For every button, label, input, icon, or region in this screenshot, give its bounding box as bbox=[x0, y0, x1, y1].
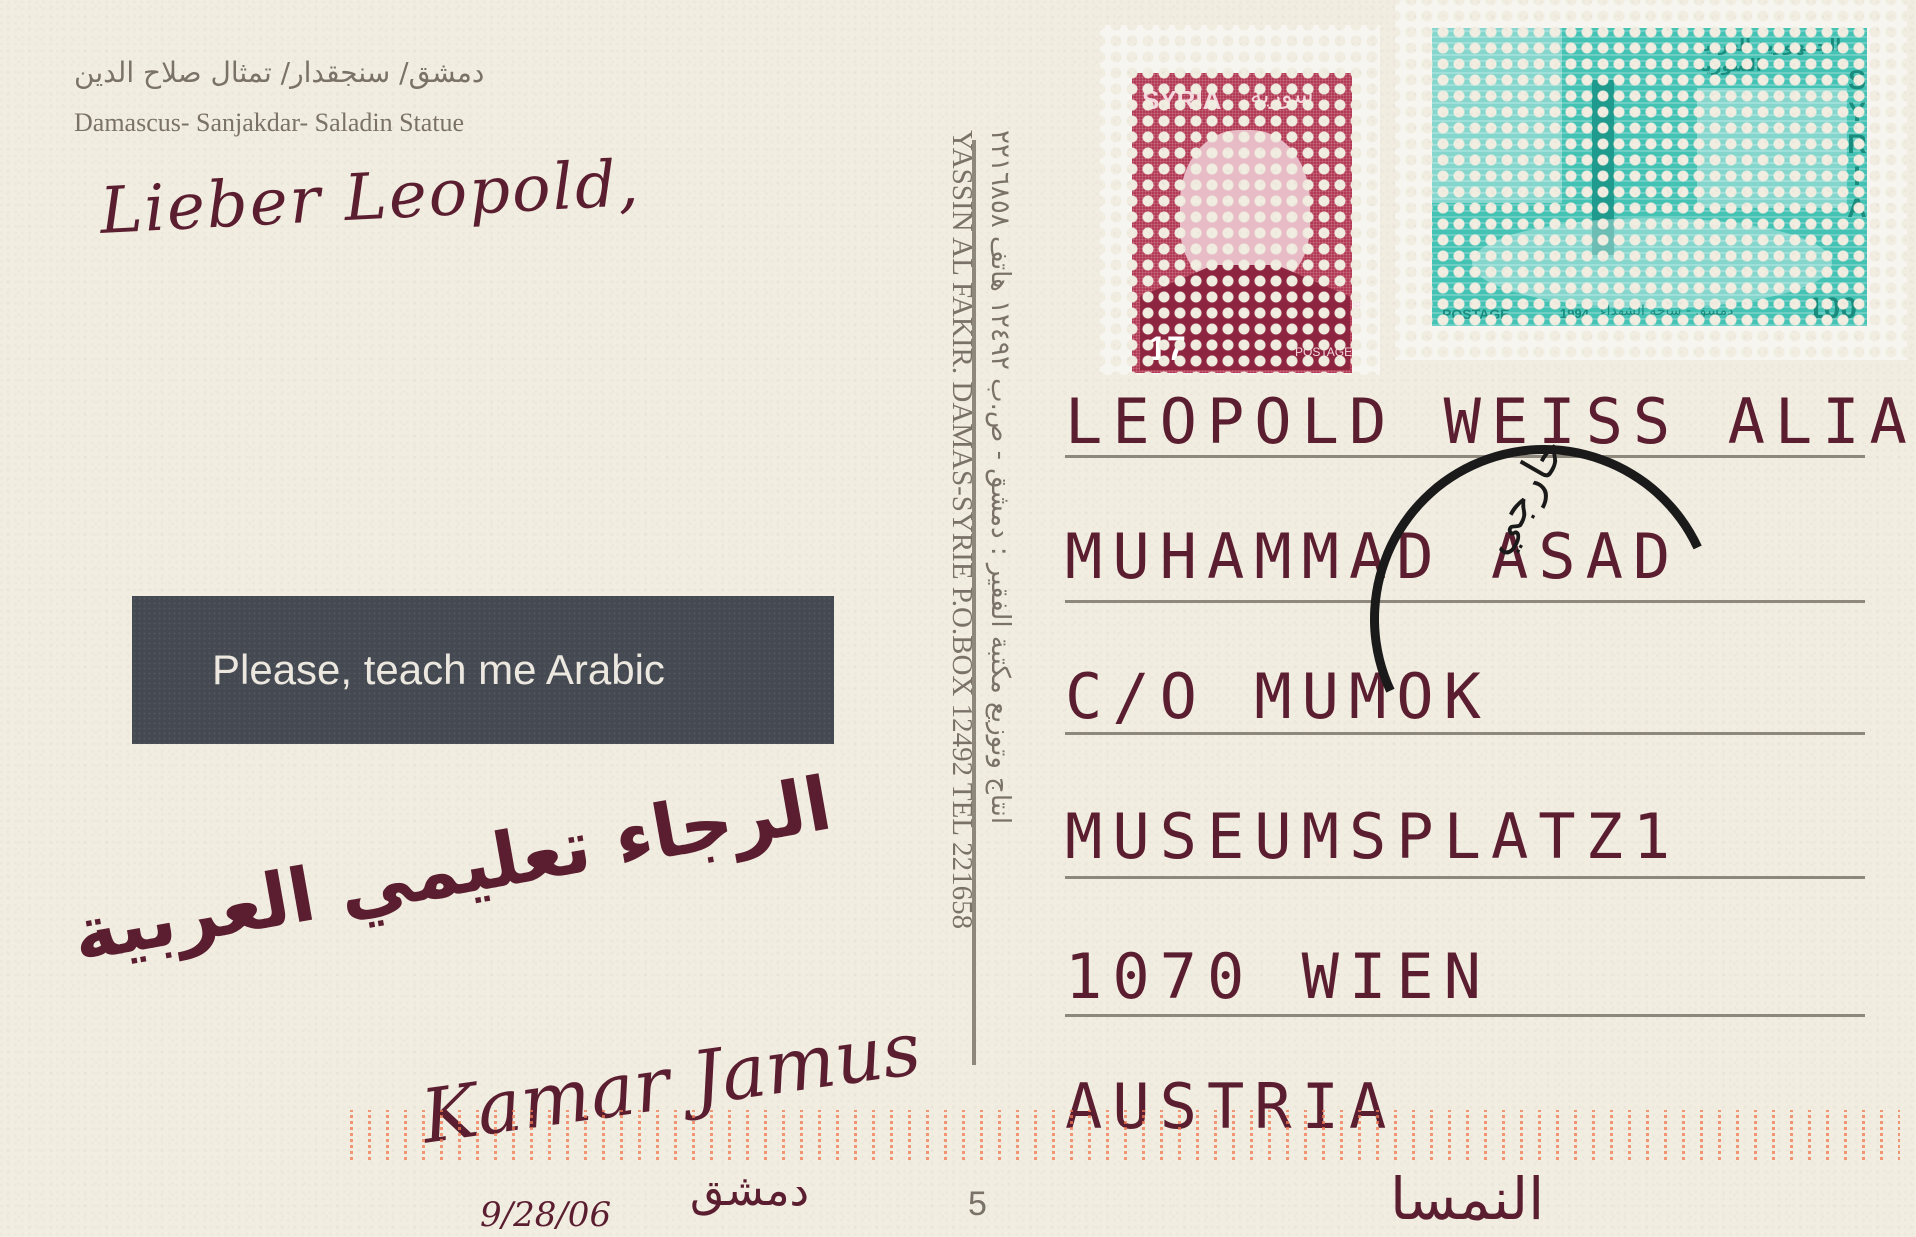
date: 9/28/06 bbox=[480, 1195, 611, 1235]
stamp-caption-arabic: دمشق - ساحة الشهداء bbox=[1600, 303, 1733, 319]
caption-english: Damascus- Sanjakdar- Saladin Statue bbox=[74, 108, 464, 138]
center-divider bbox=[972, 140, 976, 1065]
stamp-country-arabic: الجمهورية العربية السورية bbox=[1695, 36, 1907, 76]
postal-barcode bbox=[340, 1110, 1900, 1160]
handwritten-arabic: الرجاء تعليمي العربية bbox=[35, 761, 838, 985]
stamp-value: 100 bbox=[1807, 292, 1857, 326]
stamp-country-arabic: سورية bbox=[1250, 81, 1314, 109]
building-right bbox=[1697, 88, 1847, 208]
address-country-arabic: النمسا bbox=[1390, 1165, 1544, 1233]
stamp-martyrs-square: الجمهورية العربية السورية SYRIA POSTAGE … bbox=[1395, 0, 1907, 360]
stamp-country: SYRIA bbox=[1142, 85, 1221, 116]
page-number: 5 bbox=[968, 1185, 987, 1224]
publisher-english: YASSIN AL FAKIR. DAMAS-SYRIE P.O.BOX 124… bbox=[945, 130, 975, 1070]
caption-arabic: دمشق/ سنجقدار/ تمثال صلاح الدين bbox=[74, 56, 484, 89]
stamp-value: 17 bbox=[1148, 330, 1186, 369]
address-line-5: 1070 WIEN bbox=[1065, 940, 1491, 1013]
stamp-postage-label: POSTAGE bbox=[1295, 345, 1352, 359]
stamp-portrait: SYRIA سورية 17 POSTAGE 1995 bbox=[1100, 25, 1380, 375]
stamp-year: 1995 bbox=[1350, 295, 1362, 319]
address-rule bbox=[1065, 876, 1865, 879]
building-left bbox=[1432, 28, 1562, 203]
address-line-1: LEOPOLD WEISS ALIAS bbox=[1065, 385, 1916, 458]
square-garden bbox=[1472, 218, 1832, 308]
signature-place: دمشق bbox=[690, 1165, 809, 1216]
stamp-year: 1994 bbox=[1560, 306, 1589, 321]
stamp-postage-label: POSTAGE bbox=[1442, 306, 1509, 322]
address-rule bbox=[1065, 1014, 1865, 1017]
label-sticker: Please, teach me Arabic bbox=[132, 596, 834, 744]
publisher-arabic-text: انتاج وتوزيع مكتبة الفقير : دمشق - ص.ب ١… bbox=[985, 130, 1015, 824]
publisher-arabic: انتاج وتوزيع مكتبة الفقير : دمشق - ص.ب ١… bbox=[985, 130, 1021, 1070]
stamp-country: SYRIA bbox=[1841, 65, 1872, 225]
address-line-4: MUSEUMSPLATZ1 bbox=[1065, 800, 1680, 873]
label-text: Please, teach me Arabic bbox=[212, 646, 665, 694]
greeting: Lieber Leopold, bbox=[98, 147, 642, 249]
